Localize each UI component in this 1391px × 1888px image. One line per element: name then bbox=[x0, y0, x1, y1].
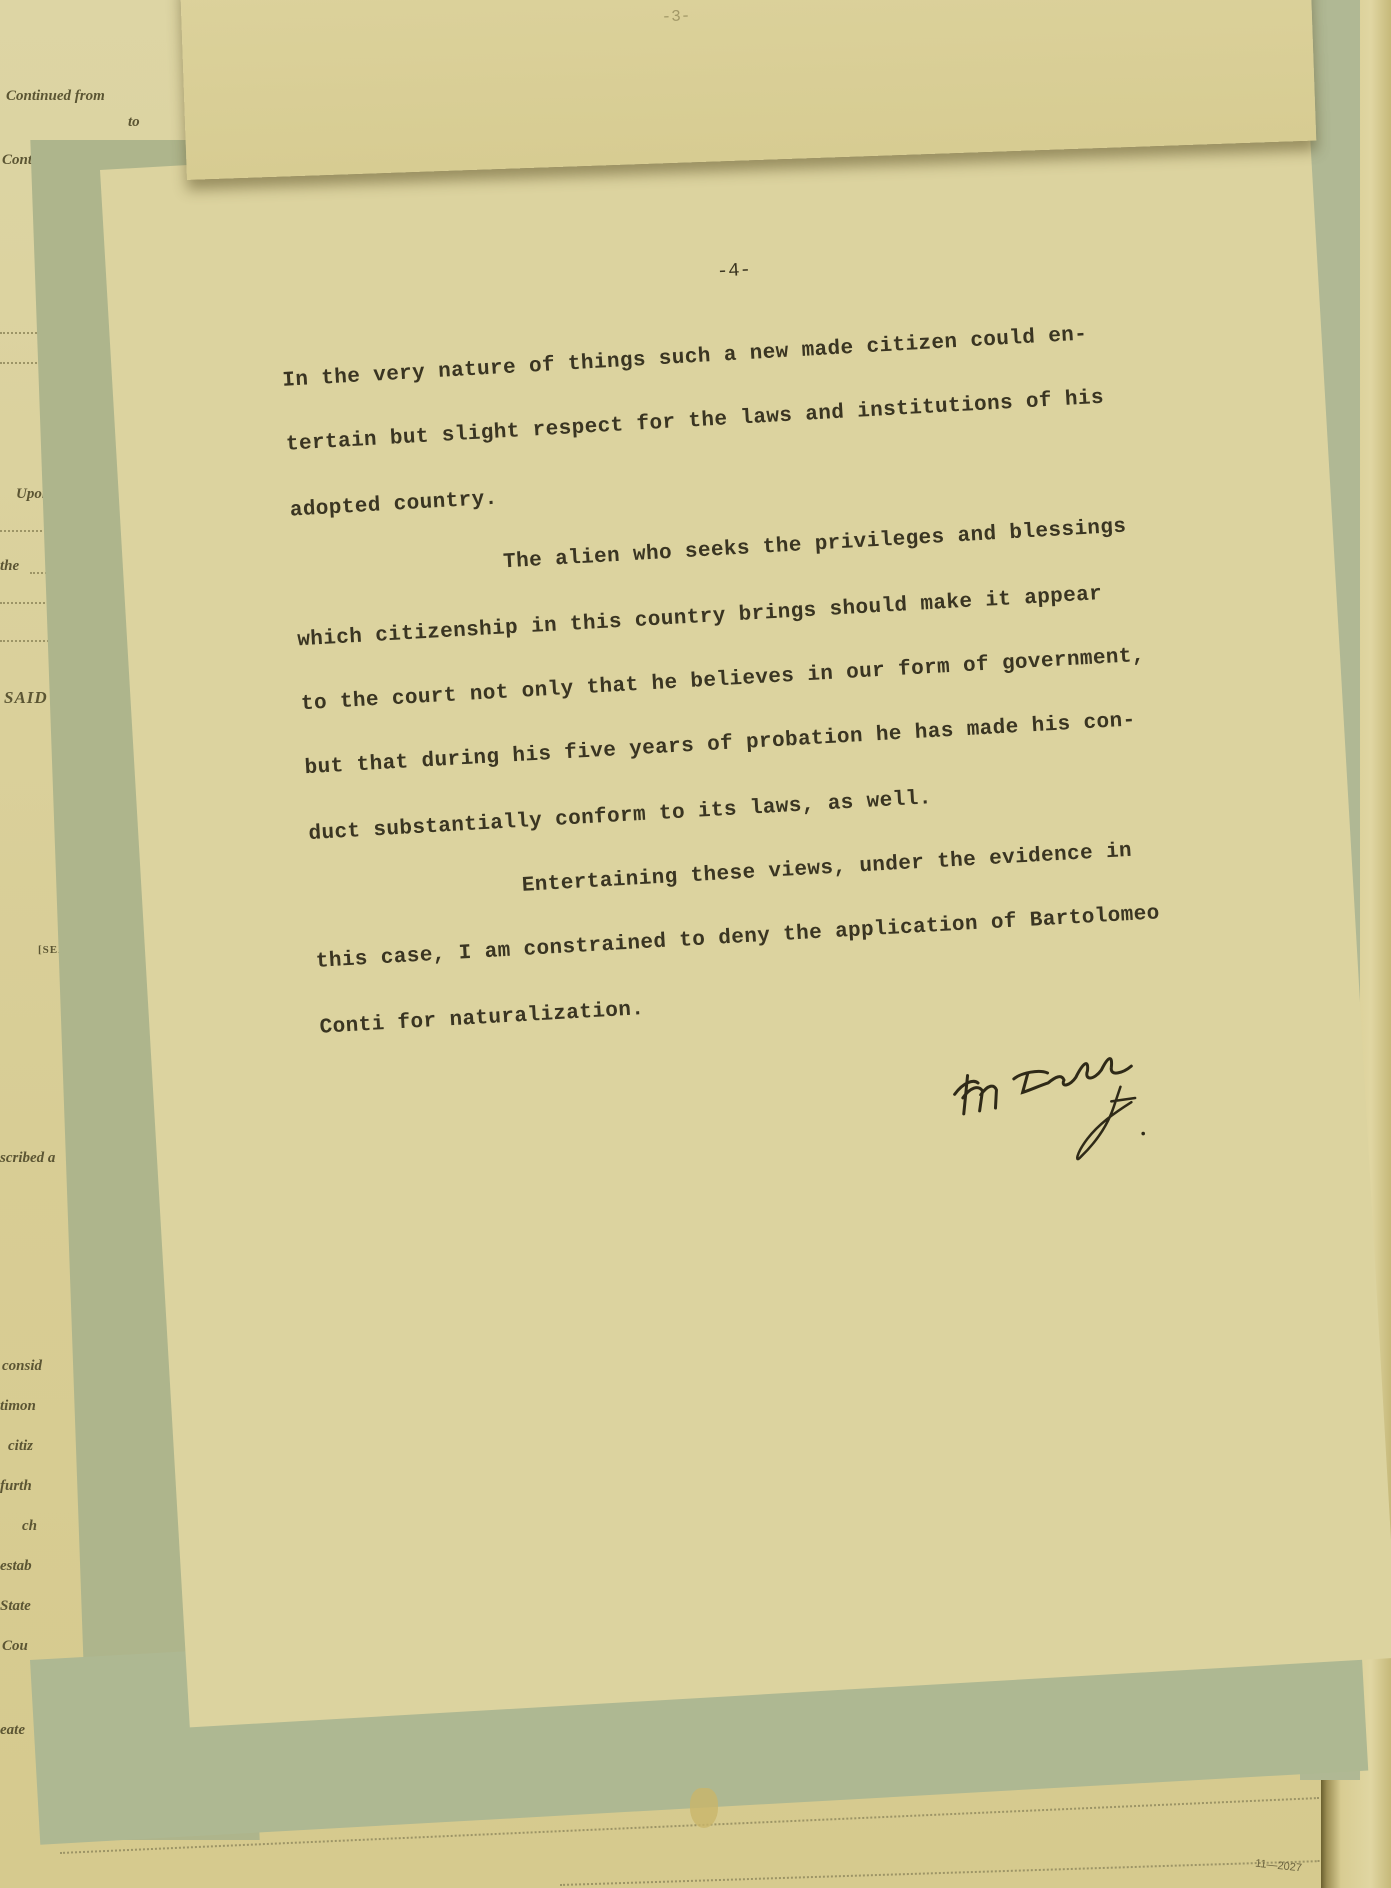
form-label-the: the bbox=[0, 558, 19, 575]
form-label-eate: eate bbox=[0, 1722, 25, 1739]
form-dotted-line bbox=[560, 1860, 1320, 1886]
form-label-consid: consid bbox=[2, 1358, 42, 1375]
body-line-1: In the very nature of things such a new … bbox=[282, 323, 1088, 392]
form-label-continued-from-1: Continued from bbox=[6, 88, 105, 105]
body-line-11: Conti for naturalization. bbox=[319, 998, 645, 1040]
form-label-state: State bbox=[0, 1598, 31, 1615]
form-label-ch: ch bbox=[22, 1518, 37, 1535]
body-line-3: adopted country. bbox=[289, 488, 498, 523]
form-label-timony: timon bbox=[0, 1398, 36, 1415]
body-line-4: The alien who seeks the privileges and b… bbox=[503, 516, 1127, 575]
body-line-10: this case, I am constrained to deny the … bbox=[315, 902, 1160, 974]
adhesive-drip bbox=[690, 1788, 718, 1828]
body-line-7: but that during his five years of probat… bbox=[304, 709, 1136, 780]
body-line-5: which citizenship in this country brings… bbox=[297, 583, 1103, 652]
page-number: -4- bbox=[716, 259, 751, 283]
form-label-estab: estab bbox=[0, 1558, 32, 1575]
form-label-citizen: citiz bbox=[8, 1438, 33, 1455]
body-line-6: to the court not only that he believes i… bbox=[300, 645, 1145, 717]
body-line-2: tertain but slight respect for the laws … bbox=[285, 387, 1104, 457]
typed-opinion-page: -4- In the very nature of things such a … bbox=[100, 100, 1391, 1727]
previous-page-number: -3- bbox=[661, 7, 690, 26]
form-label-scribed: scribed a bbox=[0, 1150, 55, 1167]
body-line-9: Entertaining these views, under the evid… bbox=[521, 840, 1132, 898]
signature-handwriting bbox=[942, 1040, 1169, 1172]
form-label-court: Cou bbox=[2, 1638, 28, 1655]
form-label-to-1: to bbox=[128, 114, 140, 131]
form-label-further: furth bbox=[0, 1478, 32, 1495]
body-line-8: duct substantially conform to its laws, … bbox=[308, 787, 932, 846]
